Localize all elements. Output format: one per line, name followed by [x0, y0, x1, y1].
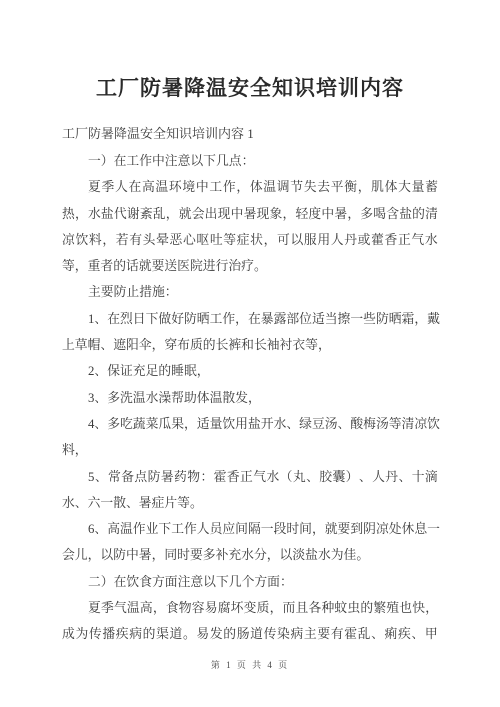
text-line: 等，重者的话就要送医院进行治疗。 [62, 253, 438, 279]
text-line: 水、六一散、暑症片等。 [62, 490, 438, 516]
text-line: 5、常备点防暑药物：霍香正气水（丸、胶囊）、人丹、十滴 [62, 464, 438, 490]
text-line: 凉饮料，若有头晕恶心呕吐等症状，可以服用人丹或藿香正气水 [62, 227, 438, 253]
text-line: 成为传播疾病的渠道。易发的肠道传染病主要有霍乱、痢疾、甲 [62, 621, 438, 647]
text-line: 二）在饮食方面注意以下几个方面： [62, 569, 438, 595]
document-page: 工厂防暑降温安全知识培训内容 工厂防暑降温安全知识培训内容 1 一）在工作中注意… [0, 0, 500, 707]
text-line: 3、多洗温水澡帮助体温散发， [62, 385, 438, 411]
text-line: 料， [62, 437, 438, 463]
document-title: 工厂防暑降温安全知识培训内容 [0, 72, 500, 102]
text-line: 1、在烈日下做好防晒工作，在暴露部位适当擦一些防晒霜，戴 [62, 306, 438, 332]
text-line: 夏季气温高，食物容易腐坏变质，而且各种蚊虫的繁殖也快， [62, 595, 438, 621]
text-line: 夏季人在高温环境中工作，体温调节失去平衡，肌体大量蓄 [62, 174, 438, 200]
text-line: 热，水盐代谢紊乱，就会出现中暑现象，轻度中暑，多喝含盐的清 [62, 201, 438, 227]
text-line: 上草帽、遮阳伞，穿布质的长裤和长袖衬衣等， [62, 332, 438, 358]
text-line: 会儿，以防中暑，同时要多补充水分，以淡盐水为佳。 [62, 542, 438, 568]
text-line: 2、保证充足的睡眠， [62, 358, 438, 384]
text-line: 一）在工作中注意以下几点： [62, 148, 438, 174]
page-number: 第 1 页 共 4 页 [0, 658, 500, 671]
text-line: 4、多吃蔬菜瓜果，适量饮用盐开水、绿豆汤、酸梅汤等清凉饮 [62, 411, 438, 437]
document-body: 一）在工作中注意以下几点：夏季人在高温环境中工作，体温调节失去平衡，肌体大量蓄热… [62, 148, 438, 648]
text-line: 主要防止措施： [62, 279, 438, 305]
text-line: 6、高温作业下工作人员应间隔一段时间，就要到阴凉处休息一 [62, 516, 438, 542]
document-subtitle: 工厂防暑降温安全知识培训内容 1 [62, 126, 438, 142]
